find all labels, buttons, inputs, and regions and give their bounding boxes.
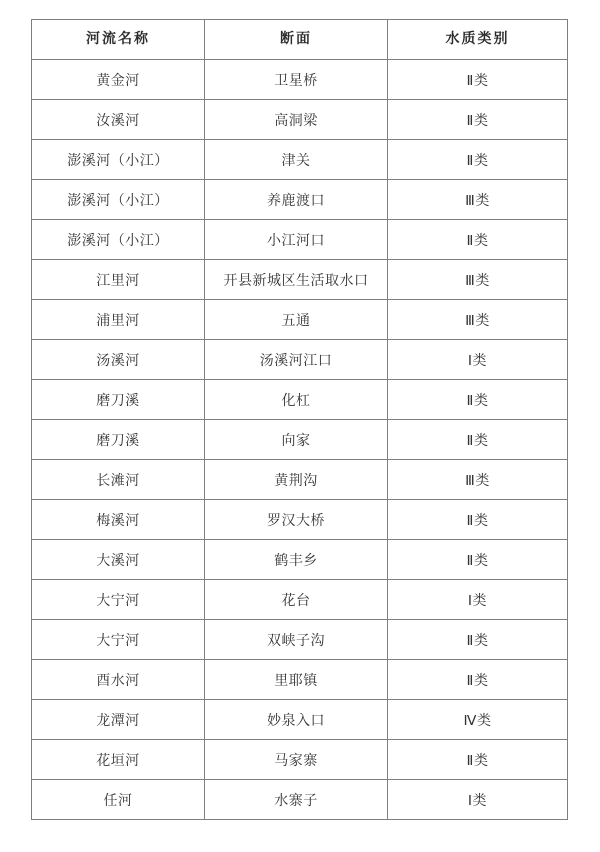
table-row: 磨刀溪向家Ⅱ类: [32, 420, 568, 460]
table-row: 大宁河双峡子沟Ⅱ类: [32, 620, 568, 660]
river-name-cell: 磨刀溪: [32, 380, 205, 420]
section-cell: 小江河口: [205, 220, 388, 260]
river-name-cell: 酉水河: [32, 660, 205, 700]
section-cell: 开县新城区生活取水口: [205, 260, 388, 300]
river-name-cell: 汤溪河: [32, 340, 205, 380]
column-header-river-name: 河流名称: [32, 20, 205, 60]
river-name-cell: 澎溪河（小江）: [32, 220, 205, 260]
table-row: 浦里河五通Ⅲ类: [32, 300, 568, 340]
water-quality-class-cell: Ⅱ类: [388, 60, 568, 100]
document-page: 河流名称 断面 水质类别 黄金河卫星桥Ⅱ类汝溪河高洞梁Ⅱ类澎溪河（小江）津关Ⅱ类…: [0, 0, 600, 852]
table-row: 澎溪河（小江）小江河口Ⅱ类: [32, 220, 568, 260]
table-row: 汤溪河汤溪河江口Ⅰ类: [32, 340, 568, 380]
river-name-cell: 澎溪河（小江）: [32, 140, 205, 180]
table-row: 花垣河马家寨Ⅱ类: [32, 740, 568, 780]
river-name-cell: 澎溪河（小江）: [32, 180, 205, 220]
water-quality-class-cell: Ⅰ类: [388, 580, 568, 620]
section-cell: 汤溪河江口: [205, 340, 388, 380]
river-name-cell: 梅溪河: [32, 500, 205, 540]
river-name-cell: 汝溪河: [32, 100, 205, 140]
section-cell: 向家: [205, 420, 388, 460]
water-quality-class-cell: Ⅱ类: [388, 620, 568, 660]
water-quality-class-cell: Ⅰ类: [388, 780, 568, 820]
river-name-cell: 花垣河: [32, 740, 205, 780]
water-quality-class-cell: Ⅲ类: [388, 260, 568, 300]
table-row: 澎溪河（小江）养鹿渡口Ⅲ类: [32, 180, 568, 220]
table-row: 澎溪河（小江）津关Ⅱ类: [32, 140, 568, 180]
water-quality-class-cell: Ⅲ类: [388, 460, 568, 500]
section-cell: 妙泉入口: [205, 700, 388, 740]
water-quality-class-cell: Ⅲ类: [388, 180, 568, 220]
river-name-cell: 大溪河: [32, 540, 205, 580]
table-row: 大溪河鹤丰乡Ⅱ类: [32, 540, 568, 580]
water-quality-class-cell: Ⅱ类: [388, 220, 568, 260]
river-name-cell: 磨刀溪: [32, 420, 205, 460]
table-row: 任河水寨子Ⅰ类: [32, 780, 568, 820]
water-quality-class-cell: Ⅱ类: [388, 540, 568, 580]
section-cell: 马家寨: [205, 740, 388, 780]
water-quality-class-cell: Ⅱ类: [388, 500, 568, 540]
table-row: 龙潭河妙泉入口Ⅳ类: [32, 700, 568, 740]
water-quality-table: 河流名称 断面 水质类别 黄金河卫星桥Ⅱ类汝溪河高洞梁Ⅱ类澎溪河（小江）津关Ⅱ类…: [31, 19, 568, 820]
section-cell: 养鹿渡口: [205, 180, 388, 220]
section-cell: 水寨子: [205, 780, 388, 820]
river-name-cell: 黄金河: [32, 60, 205, 100]
section-cell: 化杠: [205, 380, 388, 420]
river-name-cell: 龙潭河: [32, 700, 205, 740]
water-quality-class-cell: Ⅲ类: [388, 300, 568, 340]
river-name-cell: 大宁河: [32, 580, 205, 620]
section-cell: 鹤丰乡: [205, 540, 388, 580]
header-row: 河流名称 断面 水质类别: [32, 20, 568, 60]
river-name-cell: 长滩河: [32, 460, 205, 500]
river-name-cell: 江里河: [32, 260, 205, 300]
column-header-section: 断面: [205, 20, 388, 60]
table-row: 磨刀溪化杠Ⅱ类: [32, 380, 568, 420]
river-name-cell: 任河: [32, 780, 205, 820]
column-header-water-quality-class: 水质类别: [388, 20, 568, 60]
water-quality-class-cell: Ⅳ类: [388, 700, 568, 740]
section-cell: 卫星桥: [205, 60, 388, 100]
section-cell: 五通: [205, 300, 388, 340]
table-row: 江里河开县新城区生活取水口Ⅲ类: [32, 260, 568, 300]
water-quality-class-cell: Ⅱ类: [388, 420, 568, 460]
section-cell: 津关: [205, 140, 388, 180]
section-cell: 罗汉大桥: [205, 500, 388, 540]
table-row: 长滩河黄荆沟Ⅲ类: [32, 460, 568, 500]
section-cell: 高洞梁: [205, 100, 388, 140]
table-row: 梅溪河罗汉大桥Ⅱ类: [32, 500, 568, 540]
river-name-cell: 大宁河: [32, 620, 205, 660]
water-quality-class-cell: Ⅱ类: [388, 140, 568, 180]
water-quality-class-cell: Ⅰ类: [388, 340, 568, 380]
section-cell: 黄荆沟: [205, 460, 388, 500]
table-row: 汝溪河高洞梁Ⅱ类: [32, 100, 568, 140]
section-cell: 双峡子沟: [205, 620, 388, 660]
river-name-cell: 浦里河: [32, 300, 205, 340]
section-cell: 花台: [205, 580, 388, 620]
section-cell: 里耶镇: [205, 660, 388, 700]
water-quality-class-cell: Ⅱ类: [388, 100, 568, 140]
water-quality-class-cell: Ⅱ类: [388, 660, 568, 700]
table-row: 黄金河卫星桥Ⅱ类: [32, 60, 568, 100]
water-quality-class-cell: Ⅱ类: [388, 740, 568, 780]
water-quality-class-cell: Ⅱ类: [388, 380, 568, 420]
table-row: 酉水河里耶镇Ⅱ类: [32, 660, 568, 700]
table-row: 大宁河花台Ⅰ类: [32, 580, 568, 620]
